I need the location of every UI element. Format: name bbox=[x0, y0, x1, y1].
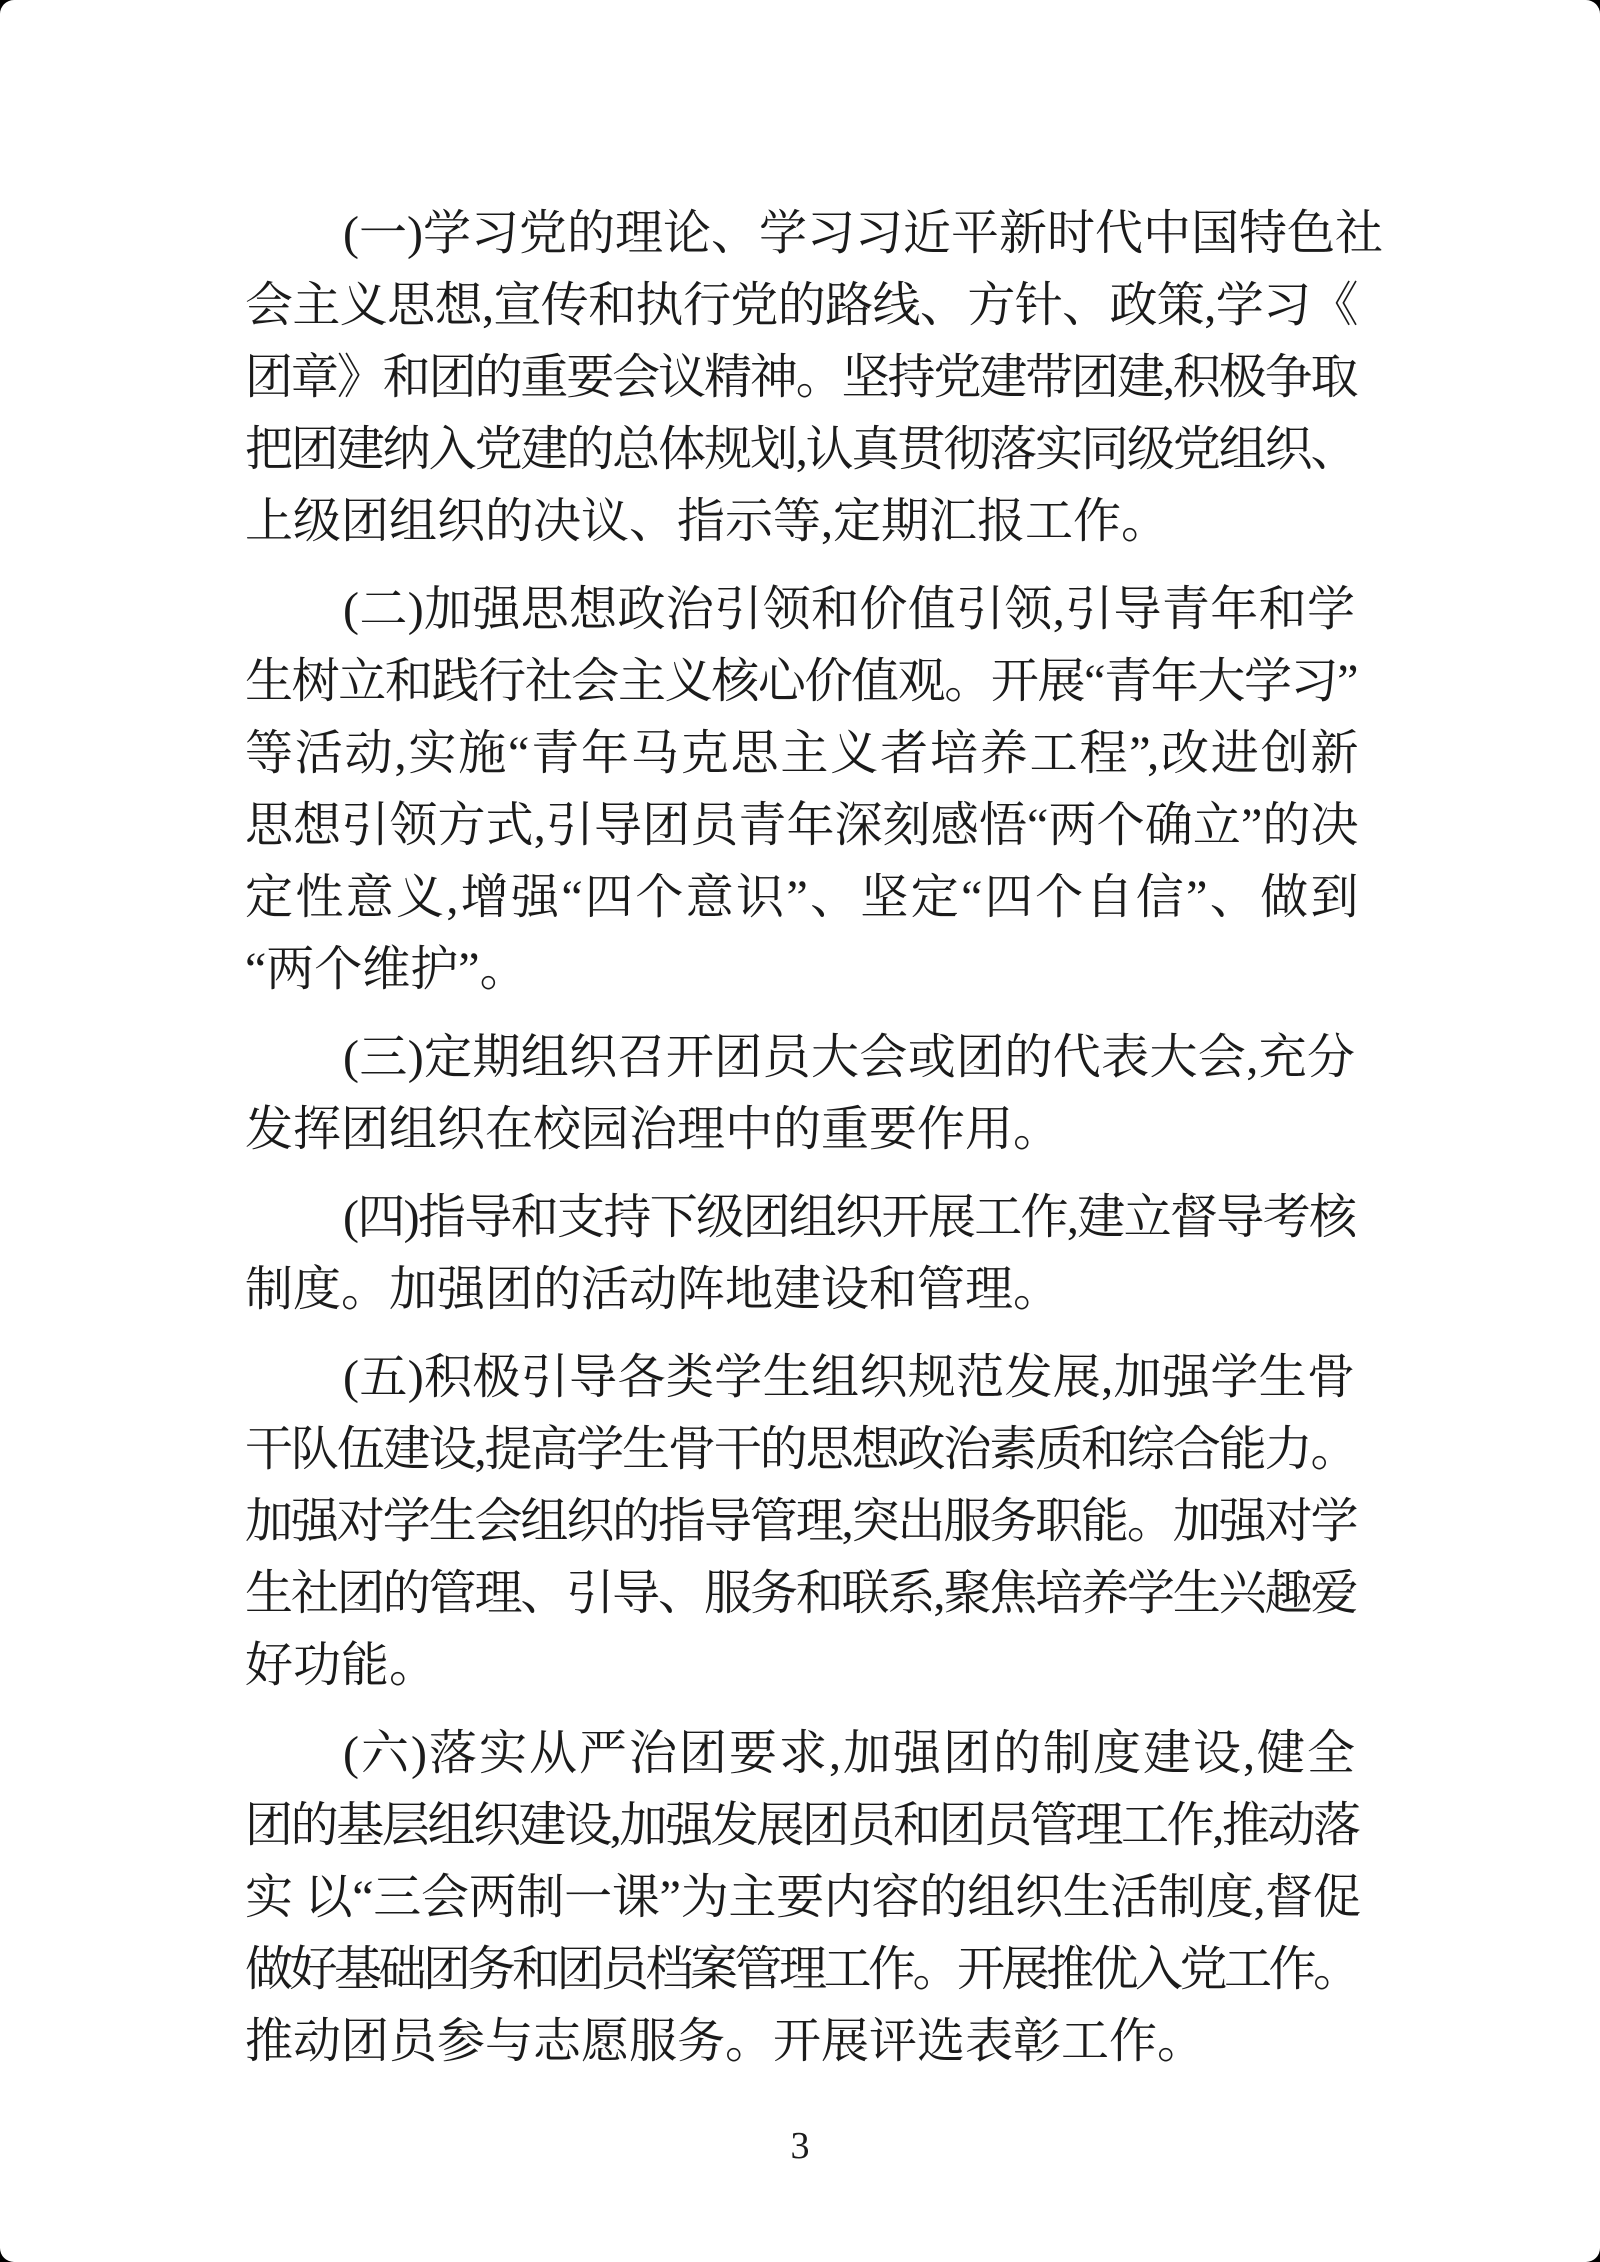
text-line: (五)积极引导各类学生组织规范发展,加强学生骨 bbox=[245, 1342, 1355, 1414]
para-5: (五)积极引导各类学生组织规范发展,加强学生骨干队伍建设,提高学生骨干的思想政治… bbox=[245, 1342, 1355, 1702]
text-line: 加强对学生会组织的指导管理,突出服务职能。加强对学 bbox=[245, 1486, 1355, 1558]
text-line: 会主义思想,宣传和执行党的路线、方针、政策,学习《 bbox=[245, 270, 1355, 342]
text-line: (一)学习党的理论、学习习近平新时代中国特色社 bbox=[245, 198, 1355, 270]
para-4: (四)指导和支持下级团组织开展工作,建立督导考核制度。加强团的活动阵地建设和管理… bbox=[245, 1182, 1355, 1326]
text-line: (四)指导和支持下级团组织开展工作,建立督导考核 bbox=[245, 1182, 1355, 1254]
text-line: “两个维护”。 bbox=[245, 934, 1355, 1006]
text-line: 把团建纳入党建的总体规划,认真贯彻落实同级党组织、 bbox=[245, 414, 1355, 486]
text-line: 上级团组织的决议、指示等,定期汇报工作。 bbox=[245, 486, 1355, 558]
page-number: 3 bbox=[0, 2122, 1600, 2170]
text-line: 发挥团组织在校园治理中的重要作用。 bbox=[245, 1094, 1355, 1166]
text-line: 生树立和践行社会主义核心价值观。开展“青年大学习” bbox=[245, 646, 1355, 718]
text-line: 定性意义,增强“四个意识”、坚定“四个自信”、做到 bbox=[245, 862, 1355, 934]
text-line: 制度。加强团的活动阵地建设和管理。 bbox=[245, 1254, 1355, 1326]
text-line: 干队伍建设,提高学生骨干的思想政治素质和综合能力。 bbox=[245, 1414, 1355, 1486]
text-line: 生社团的管理、引导、服务和联系,聚焦培养学生兴趣爱 bbox=[245, 1558, 1355, 1630]
text-line: 团章》和团的重要会议精神。坚持党建带团建,积极争取 bbox=[245, 342, 1355, 414]
text-line: 等活动,实施“青年马克思主义者培养工程”,改进创新 bbox=[245, 718, 1355, 790]
para-6: (六)落实从严治团要求,加强团的制度建设,健全团的基层组织建设,加强发展团员和团… bbox=[245, 1718, 1355, 2078]
text-line: 实 以“三会两制一课”为主要内容的组织生活制度,督促 bbox=[245, 1862, 1355, 1934]
document-page: (一)学习党的理论、学习习近平新时代中国特色社会主义思想,宣传和执行党的路线、方… bbox=[0, 0, 1600, 2262]
text-line: (六)落实从严治团要求,加强团的制度建设,健全 bbox=[245, 1718, 1355, 1790]
para-3: (三)定期组织召开团员大会或团的代表大会,充分发挥团组织在校园治理中的重要作用。 bbox=[245, 1022, 1355, 1166]
text-line: 好功能。 bbox=[245, 1630, 1355, 1702]
para-2: (二)加强思想政治引领和价值引领,引导青年和学生树立和践行社会主义核心价值观。开… bbox=[245, 574, 1355, 1006]
para-1: (一)学习党的理论、学习习近平新时代中国特色社会主义思想,宣传和执行党的路线、方… bbox=[245, 198, 1355, 558]
text-line: 团的基层组织建设,加强发展团员和团员管理工作,推动落 bbox=[245, 1790, 1355, 1862]
document-body: (一)学习党的理论、学习习近平新时代中国特色社会主义思想,宣传和执行党的路线、方… bbox=[245, 198, 1355, 2094]
text-line: (三)定期组织召开团员大会或团的代表大会,充分 bbox=[245, 1022, 1355, 1094]
text-line: (二)加强思想政治引领和价值引领,引导青年和学 bbox=[245, 574, 1355, 646]
text-line: 思想引领方式,引导团员青年深刻感悟“两个确立”的决 bbox=[245, 790, 1355, 862]
text-line: 做好基础团务和团员档案管理工作。开展推优入党工作。 bbox=[245, 1934, 1355, 2006]
text-line: 推动团员参与志愿服务。开展评选表彰工作。 bbox=[245, 2006, 1355, 2078]
